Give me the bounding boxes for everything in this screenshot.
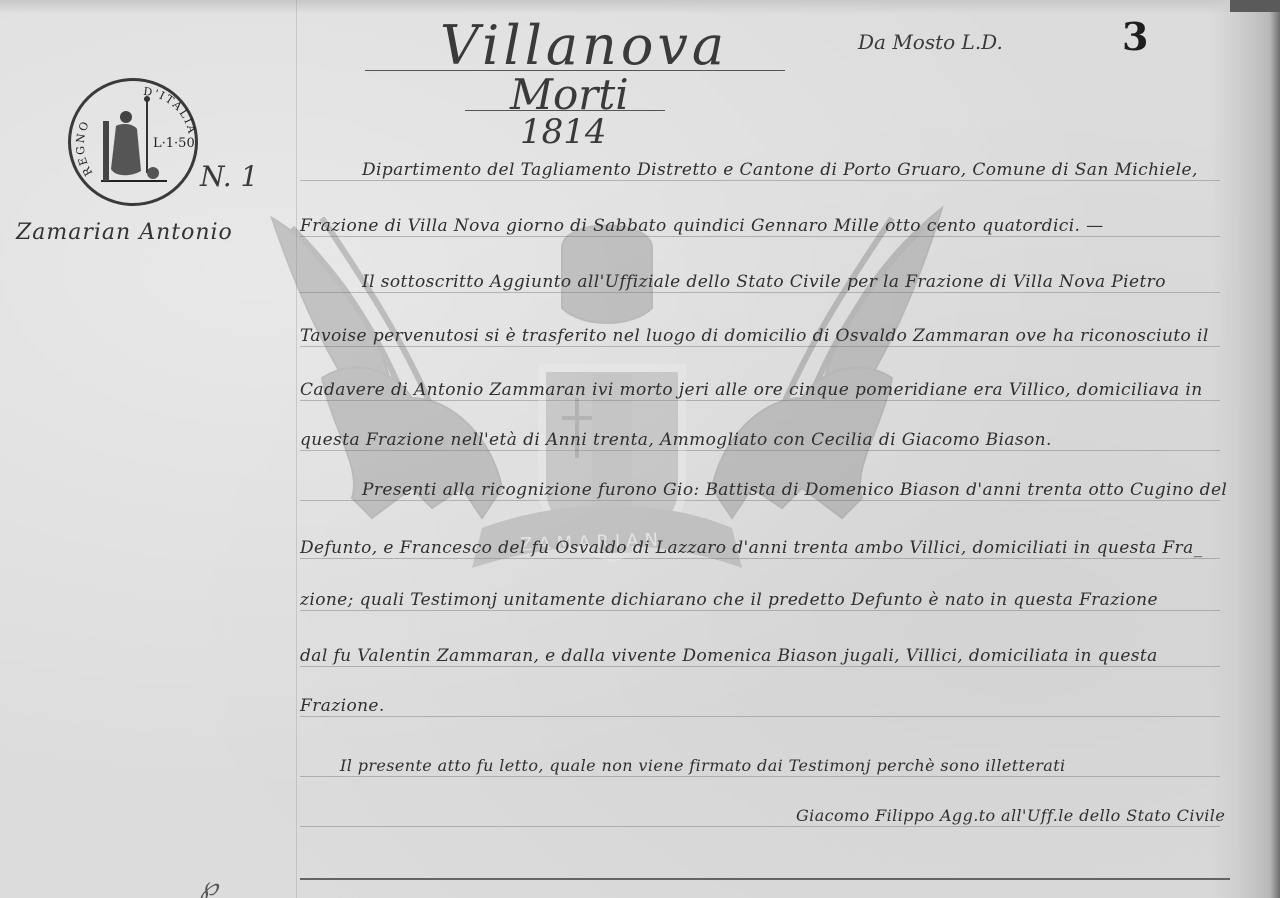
officer-signature: Giacomo Filippo Agg.to all'Uff.le dello … <box>796 806 1225 825</box>
record-line: Cadavere di Antonio Zammaran ivi morto j… <box>300 380 1203 400</box>
paper-corner-shadow <box>1230 0 1280 12</box>
ruled-line <box>300 346 1220 347</box>
stamp-value: L·1·50 <box>153 136 195 151</box>
record-line: Dipartimento del Tagliamento Distretto e… <box>362 160 1198 180</box>
ruled-line <box>300 292 1220 293</box>
page-number: 3 <box>1122 14 1148 59</box>
ruled-line <box>300 558 1220 559</box>
deceased-name-margin: Zamarian Antonio <box>16 220 233 245</box>
ruled-line <box>300 180 1220 181</box>
svg-text:D'ITALIA: D'ITALIA <box>143 85 195 137</box>
record-line: Frazione. <box>300 696 385 716</box>
register-place-title: Villanova <box>440 14 728 77</box>
record-line: Tavoise pervenutosi si è trasferito nel … <box>300 326 1209 346</box>
record-line: Presenti alla ricognizione furono Gio: B… <box>362 480 1227 500</box>
register-year: 1814 <box>520 112 607 152</box>
section-divider-line <box>300 878 1230 880</box>
document-page: ZAMARIAN REGNO D'ITALIA L·1·50 Villanova <box>0 0 1280 898</box>
record-line: Il sottoscritto Aggiunto all'Uffiziale d… <box>362 272 1166 292</box>
closing-statement: Il presente atto fu letto, quale non vie… <box>340 756 1066 775</box>
next-entry-fragment-mark: ℘ <box>200 872 218 898</box>
archive-note: Da Mosto L.D. <box>858 30 1003 54</box>
stamp-text-left: REGNO <box>74 118 96 178</box>
ruled-line <box>300 400 1220 401</box>
entry-number: N. 1 <box>200 160 258 193</box>
record-line: Defunto, e Francesco del fu Osvaldo di L… <box>300 538 1203 558</box>
record-line: zione; quali Testimonj unitamente dichia… <box>300 590 1158 610</box>
subtitle-underline <box>465 110 665 111</box>
ruled-line <box>300 236 1220 237</box>
ruled-line <box>300 666 1220 667</box>
ruled-line <box>300 716 1220 717</box>
paper-top-edge <box>0 0 1280 14</box>
ruled-line <box>300 500 1220 501</box>
record-line: questa Frazione nell'età di Anni trenta,… <box>300 430 1052 450</box>
svg-text:REGNO: REGNO <box>74 118 96 178</box>
tax-stamp: REGNO D'ITALIA L·1·50 <box>68 78 198 206</box>
ruled-line <box>300 776 1220 777</box>
stamp-text-right: D'ITALIA <box>143 85 195 137</box>
record-line: Frazione di Villa Nova giorno di Sabbato… <box>300 216 1104 236</box>
ruled-line <box>300 610 1220 611</box>
paper-right-edge <box>1210 0 1280 898</box>
ruled-line <box>300 450 1220 451</box>
record-line: dal fu Valentin Zammaran, e dalla vivent… <box>300 646 1158 666</box>
ruled-line <box>300 826 1220 827</box>
margin-fold-line <box>296 0 297 898</box>
